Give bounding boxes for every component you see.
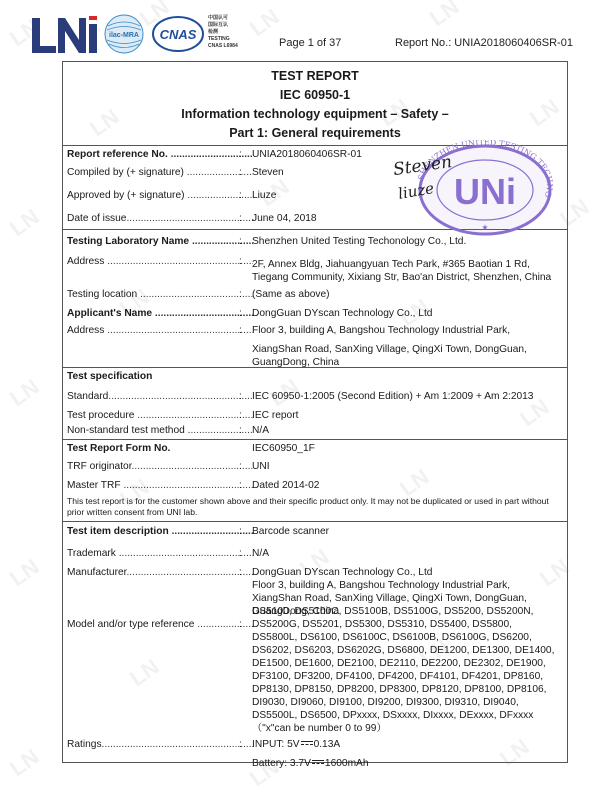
applicant-name-value: DongGuan DYscan Technology Co., Ltd [252, 307, 564, 320]
label: Standard [67, 391, 108, 402]
colon: : [239, 324, 242, 337]
leader-dots: ........................................… [126, 213, 253, 224]
trf-no-value: IEC60950_1F [252, 442, 564, 455]
colon: : [239, 409, 242, 422]
dc-symbol-icon [312, 760, 324, 767]
model-line: DE1500, DE1600, DE2100, DE2110, DE2200, … [252, 657, 564, 670]
label: TRF originator [67, 461, 132, 472]
colon: : [239, 738, 242, 751]
leader-dots: ........................................… [107, 325, 253, 336]
divider [63, 521, 567, 522]
page-number: Page 1 of 37 [279, 37, 341, 49]
subtitle: Information technology equipment – Safet… [63, 105, 567, 124]
colon: : [239, 189, 242, 202]
svg-text:ilac-MRA: ilac-MRA [109, 32, 139, 39]
cert-line: TESTING [208, 36, 238, 43]
colon: : [239, 525, 242, 538]
report-title-block: TEST REPORT IEC 60950-1 Information tech… [63, 62, 567, 146]
model-line: DS6202, DS6203, DS6202G, DS6800, DE1200,… [252, 644, 564, 657]
cert-line: 检测 [208, 29, 238, 36]
watermark: LN [5, 554, 44, 592]
label: Ratings [67, 739, 102, 750]
colon: : [239, 566, 242, 579]
model-line: DF3100, DF3200, DF4100, DF4200, DF4101, … [252, 670, 564, 683]
watermark: LN [5, 744, 44, 782]
rating-input-voltage: INPUT: 5V [252, 739, 300, 750]
colon: : [239, 479, 242, 492]
test-item-value: Barcode scanner [252, 525, 564, 538]
colon: : [239, 307, 242, 320]
report-title: TEST REPORT [63, 67, 567, 86]
standard-value: IEC 60950-1:2005 (Second Edition) + Am 1… [252, 390, 564, 403]
colon: : [239, 547, 242, 560]
model-line: DP8130, DP8150, DP8200, DP8300, DP8120, … [252, 683, 564, 696]
watermark: LN [5, 204, 44, 242]
address-line: Floor 3, building A, Bangshou Technology… [252, 324, 564, 337]
label: Approved by (+ signature) [67, 190, 185, 201]
non-standard-method-value: N/A [252, 424, 564, 437]
standard-title: IEC 60950-1 [63, 86, 567, 105]
leader-dots: ........................................… [137, 410, 253, 421]
ilac-mra-logo-icon: ilac-MRA [104, 14, 144, 54]
model-reference-value: DS5100, DS5100C, DS5100B, DS5100G, DS520… [252, 605, 564, 735]
leader-dots: ........................................… [119, 548, 253, 559]
cert-line: CNAS L6984 [208, 43, 238, 50]
label: Report reference No. [67, 149, 168, 160]
colon: : [239, 166, 242, 179]
address-line: 2F, Annex Bldg, Jiahuangyuan Tech Park, … [252, 258, 564, 271]
cert-line: 国际互认 [208, 22, 238, 29]
label: Manufacturer [67, 567, 126, 578]
dc-symbol-icon [301, 741, 313, 748]
leader-dots: ........................................… [187, 167, 253, 178]
svg-text:UNi: UNi [454, 171, 516, 212]
label: Applicant's Name [67, 308, 152, 319]
disclaimer-text: This test report is for the customer sho… [67, 496, 563, 518]
uni-logo-icon [30, 14, 100, 56]
colon: : [239, 424, 242, 437]
leader-dots: ........................................… [140, 289, 253, 300]
divider [63, 439, 567, 440]
colon: : [239, 460, 242, 473]
leader-dots: ........................................… [132, 461, 253, 472]
test-procedure-value: IEC report [252, 409, 564, 422]
rating-battery-capacity: 1600mAh [325, 758, 369, 769]
cert-line: 中国认可 [208, 15, 238, 22]
ratings-value: INPUT: 5V0.13A Battery: 3.7V1600mAh [252, 738, 564, 770]
colon: : [239, 618, 242, 631]
leader-dots: ........................................… [192, 236, 253, 247]
colon: : [239, 255, 242, 268]
page-header: ilac-MRA CNAS 中国认可 国际互认 检测 TESTING CNAS … [0, 0, 599, 60]
address-line: XiangShan Road, SanXing Village, QingXi … [252, 343, 564, 356]
leader-dots: ........................................… [188, 425, 253, 436]
leader-dots: ........................................… [107, 256, 253, 267]
label: Trademark [67, 548, 116, 559]
model-note: （"x"can be number 0 to 99） [252, 722, 564, 735]
lab-address-value: 2F, Annex Bldg, Jiahuangyuan Tech Park, … [252, 258, 564, 284]
leader-dots: ........................................… [102, 739, 253, 750]
rating-input: INPUT: 5V0.13A [252, 738, 564, 751]
leader-dots: ........................................… [187, 190, 253, 201]
divider [63, 367, 567, 368]
rating-battery: Battery: 3.7V1600mAh [252, 757, 564, 770]
label: Address [67, 325, 104, 336]
leader-dots: ........................................… [197, 619, 253, 630]
model-line: DS5100, DS5100C, DS5100B, DS5100G, DS520… [252, 605, 564, 618]
address-line: Tiegang Community, Xixiang Str, Bao'an D… [252, 271, 564, 284]
leader-dots: ........................................… [126, 567, 253, 578]
manufacturer-line: XiangShan Road, SanXing Village, QingXi … [252, 592, 564, 605]
label: Master TRF [67, 480, 121, 491]
colon: : [239, 390, 242, 403]
label: Non-standard test method [67, 425, 185, 436]
model-line: DS5800L, DS6100, DS6100C, DS6100B, DS610… [252, 631, 564, 644]
trademark-value: N/A [252, 547, 564, 560]
rating-input-current: 0.13A [314, 739, 341, 750]
colon: : [239, 212, 242, 225]
model-line: DS5500L, DS6500, DPxxxx, DSxxxx, DIxxxx,… [252, 709, 564, 722]
leader-dots: ........................................… [123, 480, 253, 491]
trf-originator-value: UNI [252, 460, 564, 473]
svg-text:★: ★ [481, 223, 488, 232]
label: Testing Laboratory Name [67, 236, 189, 247]
watermark: LN [5, 374, 44, 412]
colon: : [239, 148, 242, 161]
manufacturer-line: DongGuan DYscan Technology Co., Ltd [252, 566, 564, 579]
colon: : [239, 288, 242, 301]
label: Testing location [67, 289, 137, 300]
colon: : [239, 235, 242, 248]
header-report-number: Report No.: UNIA2018060406SR-01 [395, 37, 573, 49]
cnas-logo-icon: CNAS [152, 16, 204, 52]
testing-location-value: (Same as above) [252, 288, 564, 301]
svg-text:CNAS: CNAS [160, 27, 197, 42]
leader-dots: ........................................… [108, 391, 253, 402]
label: Test item description [67, 526, 169, 537]
label: Date of issue [67, 213, 126, 224]
label: Test procedure [67, 410, 134, 421]
label: Address [67, 256, 104, 267]
section-heading: Test specification [67, 370, 253, 383]
accreditation-text: 中国认可 国际互认 检测 TESTING CNAS L6984 [208, 15, 238, 50]
rating-battery-voltage: Battery: 3.7V [252, 758, 311, 769]
label: Test Report Form No. [67, 442, 253, 455]
label: Model and/or type reference [67, 619, 194, 630]
model-line: DS5200G, DS5201, DS5300, DS5310, DS5400,… [252, 618, 564, 631]
model-line: DI9030, DI9060, DI9100, DI9200, DI9300, … [252, 696, 564, 709]
manufacturer-line: Floor 3, building A, Bangshou Technology… [252, 579, 564, 592]
applicant-address-value: Floor 3, building A, Bangshou Technology… [252, 324, 564, 369]
master-trf-value: Dated 2014-02 [252, 479, 564, 492]
label: Compiled by (+ signature) [67, 167, 184, 178]
